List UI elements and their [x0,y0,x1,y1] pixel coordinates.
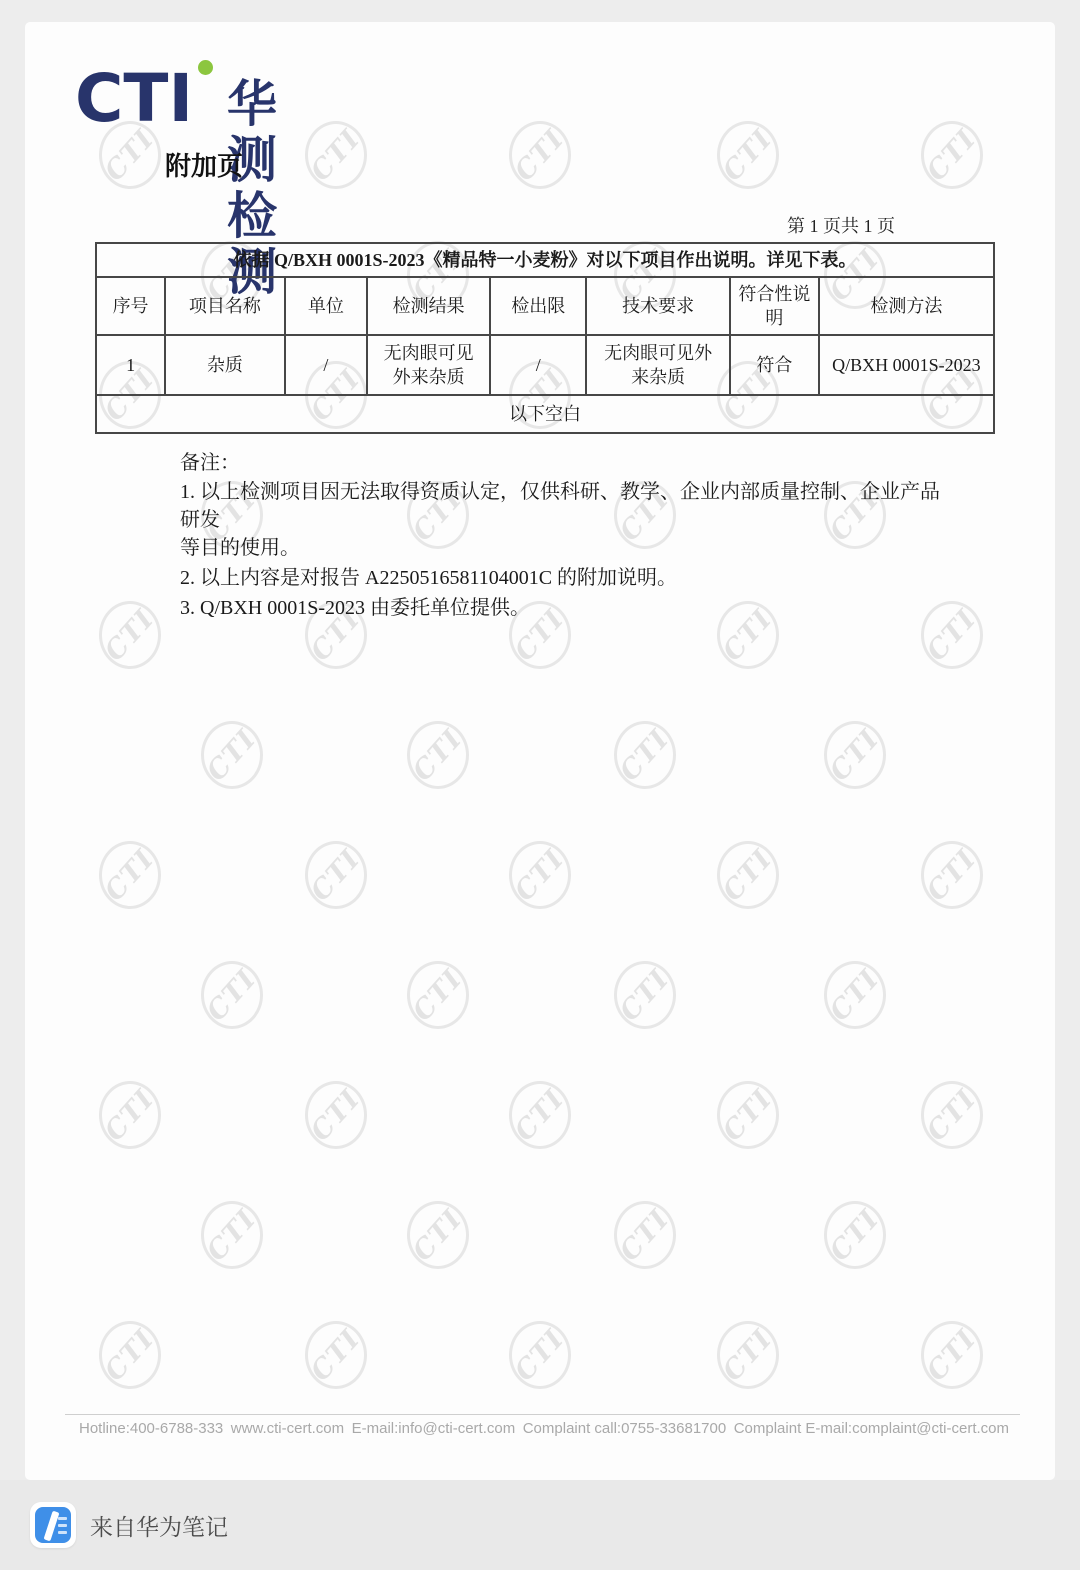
table-blank-row: 以下空白 [96,395,994,433]
report-content: CTI 华测检测 附加页 第 1 页共 1 页 依据 Q/BXH 0001S-2… [25,22,1055,1480]
page-number: 第 1 页共 1 页 [787,212,895,238]
table-title-row: 依据 Q/BXH 0001S-2023《精品特一小麦粉》对以下项目作出说明。详见… [96,243,994,277]
col-header-item: 项目名称 [165,277,284,335]
footer-complaint-email: Complaint E-mail:complaint@cti-cert.com [734,1420,1009,1437]
cell-unit: / [285,335,368,395]
attribution-text: 来自华为笔记 [90,1509,228,1542]
cell-result: 无肉眼可见 外来杂质 [367,335,490,395]
huawei-notes-icon-inner [35,1507,71,1543]
cell-conformity: 符合 [730,335,819,395]
cti-logo-text: CTI [75,66,193,132]
attribution-bar[interactable]: 来自华为笔记 [0,1480,1080,1570]
table-title: 依据 Q/BXH 0001S-2023《精品特一小麦粉》对以下项目作出说明。详见… [96,243,994,277]
col-header-method: 检测方法 [819,277,994,335]
footer-contact-bar: Hotline:400-6788-333 www.cti-cert.com E-… [65,1420,1023,1437]
footer-email: E-mail:info@cti-cert.com [352,1420,516,1437]
footer-complaint-call: Complaint call:0755-33681700 [523,1420,726,1437]
table-row: 1 杂质 / 无肉眼可见 外来杂质 / 无肉眼可见外 来杂质 符合 Q/BXH … [96,335,994,395]
table-header-row: 序号 项目名称 单位 检测结果 检出限 技术要求 符合性说 明 检测方法 [96,277,994,335]
footer-website: www.cti-cert.com [231,1420,344,1437]
notes-section: 备注： 1. 以上检测项目因无法取得资质认定，仅供科研、教学、企业内部质量控制、… [180,446,950,624]
screenshot-stage: CTICTICTICTICTICTICTICTICTICTICTICTICTIC… [0,0,1080,1570]
report-page: CTICTICTICTICTICTICTICTICTICTICTICTICTIC… [25,22,1055,1480]
note-item-2: 2. 以上内容是对报告 A2250516581104001C 的附加说明。 [180,564,950,592]
huawei-notes-icon [30,1502,76,1548]
col-header-result: 检测结果 [367,277,490,335]
col-header-seq: 序号 [96,277,165,335]
cell-requirement: 无肉眼可见外 来杂质 [586,335,730,395]
note-item-3: 3. Q/BXH 0001S-2023 由委托单位提供。 [180,594,950,622]
cell-method: Q/BXH 0001S-2023 [819,335,994,395]
col-header-detection-limit: 检出限 [490,277,586,335]
cell-detection-limit: / [490,335,586,395]
page-title: 附加页 [165,146,243,183]
blank-row-label: 以下空白 [96,395,994,433]
col-header-requirement: 技术要求 [586,277,730,335]
note-item-1: 1. 以上检测项目因无法取得资质认定，仅供科研、教学、企业内部质量控制、企业产品… [180,478,950,562]
col-header-conformity: 符合性说 明 [730,277,819,335]
cell-seq: 1 [96,335,165,395]
col-header-unit: 单位 [285,277,368,335]
cti-logo-green-dot-icon [198,60,213,75]
cell-item: 杂质 [165,335,284,395]
notes-label: 备注： [180,446,950,475]
result-table: 依据 Q/BXH 0001S-2023《精品特一小麦粉》对以下项目作出说明。详见… [95,242,995,434]
footer-divider [65,1414,1020,1415]
footer-hotline: Hotline:400-6788-333 [79,1420,223,1437]
